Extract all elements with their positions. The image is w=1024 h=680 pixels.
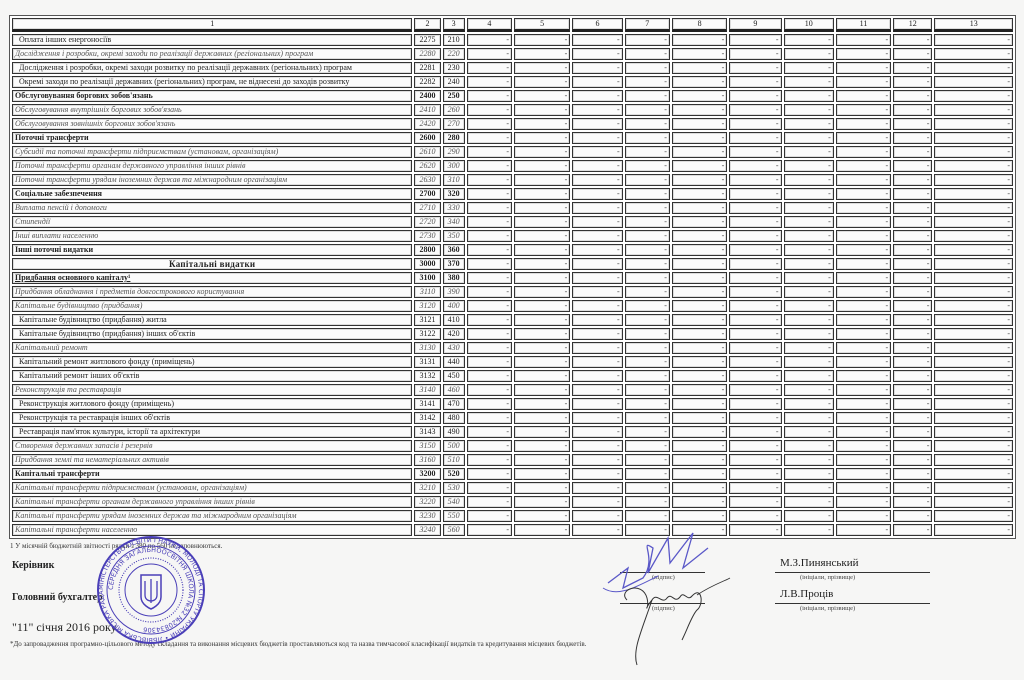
row-kek: 530 [443,482,465,494]
value-cell-col-12: - [893,244,932,256]
accountant-label: Головний бухгалтер [12,592,103,603]
value-cell-col-12: - [893,384,932,396]
value-cell-col-6: - [572,412,622,424]
value-cell-col-11: - [836,174,891,186]
value-cell-col-8: - [672,356,727,368]
value-cell-col-7: - [625,426,670,438]
row-code: 2700 [414,188,440,200]
table-row: Субсидії та поточні трансферти підприємс… [12,146,1013,158]
value-cell-col-5: - [514,342,570,354]
value-cell-col-8: - [672,258,727,270]
row-kek: 250 [443,90,465,102]
value-cell-col-4: - [467,328,512,340]
value-cell-col-8: - [672,398,727,410]
value-cell-col-5: - [514,300,570,312]
value-cell-col-8: - [672,104,727,116]
table-row: Поточні трансферти урядам іноземних держ… [12,174,1013,186]
value-cell-col-12: - [893,300,932,312]
table-row: Капітальний ремонт інших об'єктів3132450… [12,370,1013,382]
value-cell-col-9: - [729,356,781,368]
value-cell-col-9: - [729,468,781,480]
column-header-4: 4 [467,18,512,32]
value-cell-col-7: - [625,468,670,480]
row-kek: 350 [443,230,465,242]
value-cell-col-4: - [467,188,512,200]
value-cell-col-11: - [836,510,891,522]
value-cell-col-10: - [784,272,834,284]
value-cell-col-13: - [934,244,1013,256]
value-cell-col-10: - [784,104,834,116]
value-cell-col-10: - [784,314,834,326]
value-cell-col-6: - [572,384,622,396]
value-cell-col-12: - [893,342,932,354]
value-cell-col-6: - [572,510,622,522]
table-row: Оплата інших енергоносіїв2275210--------… [12,34,1013,46]
row-name: Капітальний ремонт [12,342,412,354]
value-cell-col-12: - [893,188,932,200]
table-row: Капітальні трансферти3200520---------- [12,468,1013,480]
value-cell-col-6: - [572,272,622,284]
row-name: Капітальний ремонт інших об'єктів [12,370,412,382]
table-row: Інші поточні видатки2800360---------- [12,244,1013,256]
value-cell-col-10: - [784,230,834,242]
value-cell-col-12: - [893,258,932,270]
value-cell-col-12: - [893,132,932,144]
row-name: Обслуговування боргових зобов'язань [12,90,412,102]
value-cell-col-13: - [934,300,1013,312]
value-cell-col-6: - [572,104,622,116]
row-code: 3200 [414,468,440,480]
value-cell-col-10: - [784,188,834,200]
value-cell-col-10: - [784,398,834,410]
table-row: Капітальні трансферти підприємствам (уст… [12,482,1013,494]
value-cell-col-5: - [514,62,570,74]
value-cell-col-4: - [467,524,512,536]
value-cell-col-13: - [934,188,1013,200]
value-cell-col-4: - [467,76,512,88]
row-kek: 280 [443,132,465,144]
value-cell-col-11: - [836,258,891,270]
value-cell-col-9: - [729,328,781,340]
row-name: Реконструкція та реставрація інших об'єк… [12,412,412,424]
table-row: Виплата пенсій і допомоги2710330--------… [12,202,1013,214]
value-cell-col-6: - [572,90,622,102]
row-name: Поточні трансферти [12,132,412,144]
value-cell-col-9: - [729,370,781,382]
value-cell-col-6: - [572,258,622,270]
row-name: Обслуговування зовнішніх боргових зобов'… [12,118,412,130]
value-cell-col-5: - [514,454,570,466]
row-kek: 210 [443,34,465,46]
value-cell-col-11: - [836,48,891,60]
value-cell-col-9: - [729,160,781,172]
value-cell-col-10: - [784,468,834,480]
column-header-1: 1 [12,18,412,32]
value-cell-col-5: - [514,90,570,102]
value-cell-col-10: - [784,76,834,88]
value-cell-col-8: - [672,286,727,298]
row-kek: 490 [443,426,465,438]
row-kek: 480 [443,412,465,424]
value-cell-col-10: - [784,300,834,312]
value-cell-col-10: - [784,160,834,172]
value-cell-col-7: - [625,272,670,284]
value-cell-col-11: - [836,230,891,242]
value-cell-col-10: - [784,370,834,382]
value-cell-col-6: - [572,426,622,438]
row-kek: 410 [443,314,465,326]
value-cell-col-9: - [729,300,781,312]
value-cell-col-13: - [934,34,1013,46]
row-name: Обслуговування внутрішніх боргових зобов… [12,104,412,116]
table-row: Стипендії2720340---------- [12,216,1013,228]
table-row: Реконструкція та реставрація3140460-----… [12,384,1013,396]
value-cell-col-9: - [729,482,781,494]
value-cell-col-11: - [836,314,891,326]
value-cell-col-13: - [934,412,1013,424]
value-cell-col-13: - [934,48,1013,60]
row-kek: 290 [443,146,465,158]
director-name-caption: (ініціали, прізвище) [800,574,855,581]
value-cell-col-9: - [729,454,781,466]
row-code: 3122 [414,328,440,340]
column-header-3: 3 [443,18,465,32]
value-cell-col-13: - [934,286,1013,298]
value-cell-col-11: - [836,244,891,256]
column-header-8: 8 [672,18,727,32]
row-code: 2282 [414,76,440,88]
value-cell-col-12: - [893,412,932,424]
value-cell-col-11: - [836,482,891,494]
value-cell-col-12: - [893,216,932,228]
value-cell-col-4: - [467,272,512,284]
row-name: Реконструкція та реставрація [12,384,412,396]
value-cell-col-11: - [836,118,891,130]
row-kek: 430 [443,342,465,354]
row-kek: 420 [443,328,465,340]
value-cell-col-8: - [672,468,727,480]
value-cell-col-12: - [893,356,932,368]
row-name: Капітальне будівництво (придбання) [12,300,412,312]
value-cell-col-6: - [572,440,622,452]
table-row: Капітальні трансферти урядам іноземних д… [12,510,1013,522]
row-name: Капітальні видатки [12,258,412,270]
value-cell-col-4: - [467,468,512,480]
value-cell-col-8: - [672,34,727,46]
value-cell-col-7: - [625,328,670,340]
value-cell-col-13: - [934,90,1013,102]
value-cell-col-10: - [784,216,834,228]
value-cell-col-6: - [572,146,622,158]
value-cell-col-13: - [934,370,1013,382]
value-cell-col-10: - [784,146,834,158]
value-cell-col-11: - [836,286,891,298]
value-cell-col-6: - [572,370,622,382]
value-cell-col-13: - [934,426,1013,438]
value-cell-col-10: - [784,454,834,466]
value-cell-col-10: - [784,286,834,298]
value-cell-col-4: - [467,426,512,438]
row-code: 3141 [414,398,440,410]
value-cell-col-8: - [672,244,727,256]
value-cell-col-9: - [729,188,781,200]
table-row: Дослідження і розробки, окремі заходи ро… [12,62,1013,74]
value-cell-col-4: - [467,342,512,354]
row-name: Капітальні трансферти підприємствам (уст… [12,482,412,494]
value-cell-col-5: - [514,174,570,186]
value-cell-col-4: - [467,146,512,158]
director-name-line [775,572,930,573]
value-cell-col-4: - [467,132,512,144]
value-cell-col-8: - [672,118,727,130]
value-cell-col-7: - [625,118,670,130]
value-cell-col-11: - [836,188,891,200]
value-cell-col-6: - [572,48,622,60]
row-name: Капітальні трансферти населенню [12,524,412,536]
column-header-9: 9 [729,18,781,32]
column-header-5: 5 [514,18,570,32]
value-cell-col-13: - [934,202,1013,214]
value-cell-col-13: - [934,314,1013,326]
row-kek: 230 [443,62,465,74]
row-code: 2420 [414,118,440,130]
table-row: Капітальне будівництво (придбання) житла… [12,314,1013,326]
row-code: 2620 [414,160,440,172]
row-name: Капітальний ремонт житлового фонду (прим… [12,356,412,368]
value-cell-col-4: - [467,370,512,382]
row-code: 2410 [414,104,440,116]
value-cell-col-8: - [672,146,727,158]
value-cell-col-5: - [514,510,570,522]
table-row: Капітальний ремонт3130430---------- [12,342,1013,354]
row-kek: 470 [443,398,465,410]
value-cell-col-7: - [625,398,670,410]
value-cell-col-12: - [893,370,932,382]
value-cell-col-10: - [784,202,834,214]
row-kek: 380 [443,272,465,284]
value-cell-col-8: - [672,132,727,144]
value-cell-col-7: - [625,216,670,228]
row-kek: 510 [443,454,465,466]
value-cell-col-9: - [729,202,781,214]
value-cell-col-9: - [729,90,781,102]
row-kek: 500 [443,440,465,452]
value-cell-col-4: - [467,258,512,270]
value-cell-col-7: - [625,62,670,74]
value-cell-col-5: - [514,272,570,284]
column-header-7: 7 [625,18,670,32]
value-cell-col-9: - [729,132,781,144]
value-cell-col-6: - [572,468,622,480]
value-cell-col-12: - [893,496,932,508]
value-cell-col-12: - [893,272,932,284]
column-header-13: 13 [934,18,1013,32]
value-cell-col-10: - [784,440,834,452]
value-cell-col-5: - [514,216,570,228]
row-kek: 460 [443,384,465,396]
value-cell-col-4: - [467,496,512,508]
value-cell-col-4: - [467,482,512,494]
value-cell-col-5: - [514,48,570,60]
table-row: Реставрація пам'яток культури, історії т… [12,426,1013,438]
value-cell-col-11: - [836,454,891,466]
value-cell-col-5: - [514,356,570,368]
value-cell-col-13: - [934,468,1013,480]
value-cell-col-10: - [784,510,834,522]
row-name: Придбання землі та нематеріальних активі… [12,454,412,466]
value-cell-col-5: - [514,34,570,46]
row-code: 2400 [414,90,440,102]
value-cell-col-13: - [934,440,1013,452]
value-cell-col-7: - [625,342,670,354]
value-cell-col-13: - [934,104,1013,116]
table-row: Капітальне будівництво (придбання) інших… [12,328,1013,340]
value-cell-col-12: - [893,314,932,326]
value-cell-col-10: - [784,118,834,130]
value-cell-col-11: - [836,328,891,340]
value-cell-col-5: - [514,314,570,326]
value-cell-col-6: - [572,132,622,144]
value-cell-col-4: - [467,62,512,74]
value-cell-col-5: - [514,370,570,382]
value-cell-col-13: - [934,496,1013,508]
table-row: Капітальний ремонт житлового фонду (прим… [12,356,1013,368]
row-code: 3150 [414,440,440,452]
value-cell-col-4: - [467,286,512,298]
value-cell-col-7: - [625,496,670,508]
value-cell-col-7: - [625,132,670,144]
value-cell-col-13: - [934,132,1013,144]
value-cell-col-6: - [572,300,622,312]
value-cell-col-7: - [625,314,670,326]
value-cell-col-4: - [467,34,512,46]
value-cell-col-9: - [729,440,781,452]
value-cell-col-6: - [572,118,622,130]
value-cell-col-5: - [514,426,570,438]
row-kek: 310 [443,174,465,186]
value-cell-col-5: - [514,286,570,298]
value-cell-col-4: - [467,216,512,228]
value-cell-col-8: - [672,48,727,60]
table-header-row: 12345678910111213 [12,18,1013,32]
row-code: 2280 [414,48,440,60]
value-cell-col-12: - [893,454,932,466]
value-cell-col-11: - [836,272,891,284]
value-cell-col-13: - [934,230,1013,242]
row-kek: 390 [443,286,465,298]
row-name: Дослідження і розробки, окремі заходи по… [12,48,412,60]
value-cell-col-6: - [572,174,622,186]
value-cell-col-13: - [934,398,1013,410]
value-cell-col-8: - [672,174,727,186]
value-cell-col-9: - [729,510,781,522]
value-cell-col-8: - [672,314,727,326]
table-row: Поточні трансферти органам державного уп… [12,160,1013,172]
row-kek: 440 [443,356,465,368]
value-cell-col-12: - [893,202,932,214]
value-cell-col-6: - [572,188,622,200]
value-cell-col-12: - [893,146,932,158]
value-cell-col-6: - [572,496,622,508]
value-cell-col-11: - [836,440,891,452]
value-cell-col-9: - [729,76,781,88]
table-row: Дослідження і розробки, окремі заходи по… [12,48,1013,60]
row-code: 2630 [414,174,440,186]
row-name: Капітальні трансферти [12,468,412,480]
value-cell-col-13: - [934,216,1013,228]
value-cell-col-5: - [514,412,570,424]
row-code: 3000 [414,258,440,270]
row-kek: 340 [443,216,465,228]
value-cell-col-8: - [672,370,727,382]
value-cell-col-8: - [672,342,727,354]
value-cell-col-12: - [893,510,932,522]
value-cell-col-10: - [784,34,834,46]
column-header-12: 12 [893,18,932,32]
value-cell-col-13: - [934,342,1013,354]
value-cell-col-12: - [893,62,932,74]
value-cell-col-11: - [836,34,891,46]
value-cell-col-4: - [467,90,512,102]
value-cell-col-12: - [893,440,932,452]
value-cell-col-13: - [934,384,1013,396]
row-name: Інші виплати населенню [12,230,412,242]
value-cell-col-8: - [672,202,727,214]
table-row: Інші виплати населенню2730350---------- [12,230,1013,242]
budget-report-table: 12345678910111213Оплата інших енергоносі… [9,15,1016,539]
value-cell-col-11: - [836,76,891,88]
row-code: 3121 [414,314,440,326]
row-kek: 550 [443,510,465,522]
row-kek: 360 [443,244,465,256]
row-name: Оплата інших енергоносіїв [12,34,412,46]
row-name: Реставрація пам'яток культури, історії т… [12,426,412,438]
value-cell-col-10: - [784,356,834,368]
value-cell-col-6: - [572,202,622,214]
row-code: 2610 [414,146,440,158]
value-cell-col-9: - [729,342,781,354]
value-cell-col-7: - [625,356,670,368]
value-cell-col-5: - [514,496,570,508]
value-cell-col-8: - [672,510,727,522]
value-cell-col-6: - [572,62,622,74]
value-cell-col-8: - [672,426,727,438]
value-cell-col-7: - [625,160,670,172]
value-cell-col-7: - [625,244,670,256]
row-kek: 300 [443,160,465,172]
value-cell-col-9: - [729,118,781,130]
value-cell-col-12: - [893,468,932,480]
value-cell-col-10: - [784,174,834,186]
value-cell-col-11: - [836,370,891,382]
value-cell-col-8: - [672,454,727,466]
value-cell-col-9: - [729,62,781,74]
value-cell-col-7: - [625,412,670,424]
value-cell-col-5: - [514,440,570,452]
value-cell-col-4: - [467,230,512,242]
value-cell-col-4: - [467,174,512,186]
value-cell-col-13: - [934,272,1013,284]
table-row: Обслуговування внутрішніх боргових зобов… [12,104,1013,116]
row-name: Дослідження і розробки, окремі заходи ро… [12,62,412,74]
row-code: 2275 [414,34,440,46]
value-cell-col-4: - [467,384,512,396]
value-cell-col-5: - [514,160,570,172]
value-cell-col-5: - [514,384,570,396]
row-code: 3132 [414,370,440,382]
value-cell-col-8: - [672,272,727,284]
value-cell-col-4: - [467,48,512,60]
